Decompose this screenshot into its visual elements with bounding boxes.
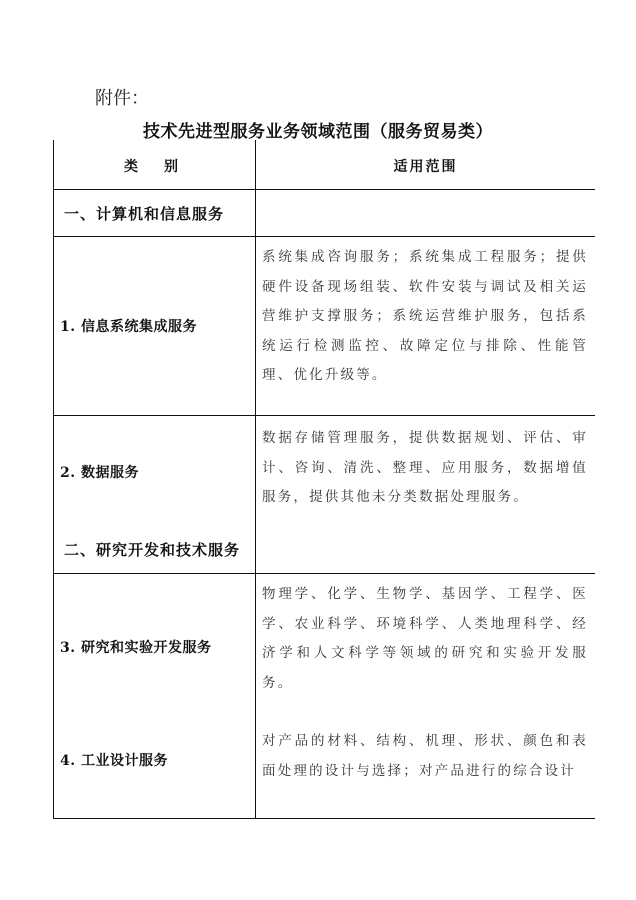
scope-cell: 物理学、化学、生物学、基因学、工程学、医学、农业科学、环境科学、人类地理科学、经… [262,580,588,698]
category-cell: 3. 研究和实验开发服务 [60,637,212,657]
scope-cell: 数据存储管理服务，提供数据规划、评估、审计、咨询、清洗、整理、应用服务，数据增值… [262,424,588,513]
scope-cell: 对产品的材料、结构、机理、形状、颜色和表面处理的设计与选择；对产品进行的综合设计 [262,727,588,786]
attachment-label: 附件： [95,84,149,110]
document-title: 技术先进型服务业务领域范围（服务贸易类） [0,117,636,142]
section-1-divider [53,236,595,237]
scope-cell: 系统集成咨询服务；系统集成工程服务；提供硬件设备现场组装、软件安装与调试及相关运… [262,243,588,391]
section-heading: 一、计算机和信息服务 [64,203,224,224]
table-column-divider [255,140,256,819]
category-cell: 1. 信息系统集成服务 [60,316,197,336]
category-cell: 4. 工业设计服务 [60,750,168,770]
section-heading: 二、研究开发和技术服务 [64,539,240,560]
header-scope: 适用范围 [256,156,595,176]
category-cell: 2. 数据服务 [60,462,139,482]
row-1-divider [53,415,595,416]
header-category: 类 别 [53,156,255,176]
header-row-divider [53,189,595,190]
table-left-border [53,140,54,819]
table-bottom-border [53,818,595,819]
row-2-divider [53,573,595,574]
